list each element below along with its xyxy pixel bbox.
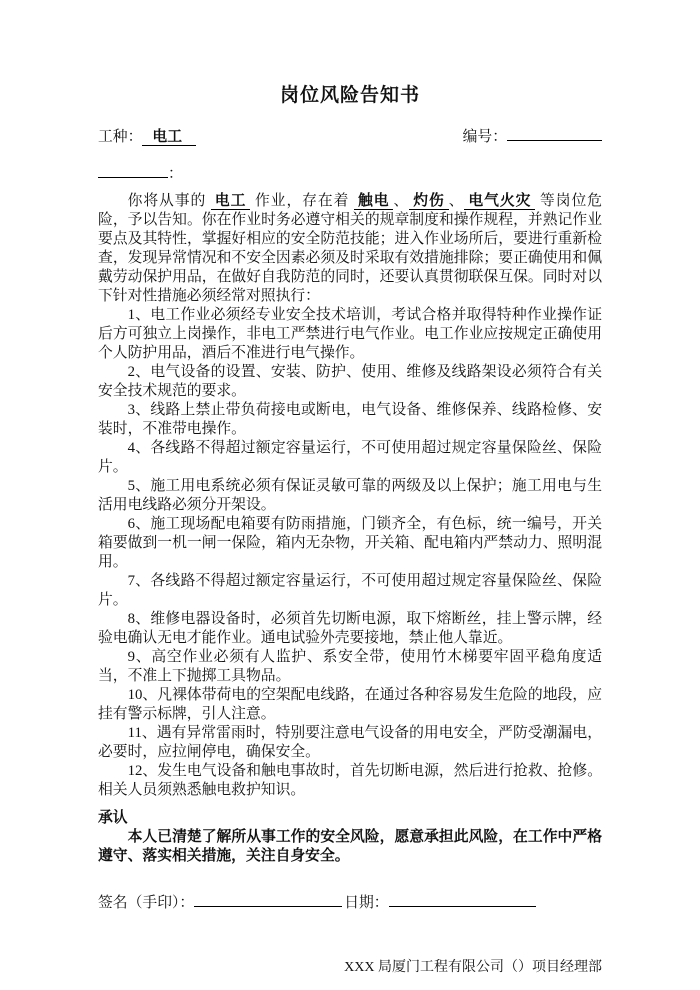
intro-paragraph: 你将从事的 电工 作业，存在着 触电、灼伤、电气火灾 等岗位危险，予以告知。你在… xyxy=(98,192,602,306)
doc-number-field: 编号： xyxy=(463,126,602,147)
salutation-row: ： xyxy=(98,163,602,184)
job-type-value: 电工 xyxy=(142,129,196,146)
document-page: 岗位风险告知书 工种：电工 编号： ： 你将从事的 电工 作业，存在着 触电、灼… xyxy=(0,0,700,990)
hazard-separator: 、 xyxy=(393,193,409,209)
hazard-electric-shock: 触电 xyxy=(354,193,393,210)
acknowledgement-body: 本人已清楚了解所从事工作的安全风险，愿意承担此风险，在工作中严格遵守、落实相关措… xyxy=(98,828,602,866)
risk-item-10: 10、凡裸体带荷电的空架配电线路，在通过各种容易发生危险的地段，应挂有警示标牌，… xyxy=(98,686,602,724)
document-body: 你将从事的 电工 作业，存在着 触电、灼伤、电气火灾 等岗位危险，予以告知。你在… xyxy=(98,192,602,800)
hazard-electric-fire: 电气火灾 xyxy=(464,193,535,210)
risk-item-2: 2、电气设备的设置、安装、防护、使用、维修及线路架设必须符合有关安全技术规范的要… xyxy=(98,363,602,401)
intro-text: 作业，存在着 xyxy=(255,193,349,209)
risk-item-1: 1、电工作业必须经专业安全技术培训，考试合格并取得特种作业操作证后方可独立上岗操… xyxy=(98,306,602,363)
salutation-name-blank xyxy=(98,163,168,178)
page-title: 岗位风险告知书 xyxy=(98,84,602,108)
risk-item-8: 8、维修电器设备时，必须首先切断电源，取下熔断丝，挂上警示牌，经验电确认无电才能… xyxy=(98,610,602,648)
job-type-field: 工种：电工 xyxy=(98,127,196,147)
doc-number-label: 编号： xyxy=(463,129,507,145)
footer-company: XXX 局厦门工程有限公司（）项目经理部 xyxy=(98,959,602,977)
signature-blank xyxy=(194,892,342,907)
risk-item-11: 11、遇有异常雷雨时，特别要注意电气设备的用电安全，严防受潮漏电，必要时，应拉闸… xyxy=(98,724,602,762)
doc-number-blank xyxy=(507,126,602,141)
risk-item-5: 5、施工用电系统必须有保证灵敏可靠的两级及以上保护；施工用电与生活用电线路必须分… xyxy=(98,477,602,515)
risk-item-6: 6、施工现场配电箱要有防雨措施，门锁齐全，有色标，统一编号，开关箱要做到一机一闸… xyxy=(98,515,602,572)
signature-label: 签名（手印）： xyxy=(98,893,194,913)
job-type-inline: 电工 xyxy=(211,193,250,210)
job-type-label: 工种： xyxy=(98,129,142,145)
hazard-burn: 灼伤 xyxy=(409,193,448,210)
risk-item-4: 4、各线路不得超过额定容量运行，不可使用超过规定容量保险丝、保险片。 xyxy=(98,439,602,477)
acknowledgement-heading: 承认 xyxy=(98,809,602,828)
hazard-separator: 、 xyxy=(449,193,465,209)
salutation-colon: ： xyxy=(168,166,183,182)
risk-item-3: 3、线路上禁止带负荷接电或断电，电气设备、维修保养、线路检修、安装时，不准带电操… xyxy=(98,401,602,439)
intro-text: 你将从事的 xyxy=(128,193,207,209)
date-label: 日期： xyxy=(344,893,388,913)
date-blank xyxy=(389,892,536,907)
risk-item-7: 7、各线路不得超过额定容量运行，不可使用超过规定容量保险丝、保险片。 xyxy=(98,572,602,610)
risk-item-9: 9、高空作业必须有人监护、系安全带，使用竹木梯要牢固平稳角度适当，不准上下抛掷工… xyxy=(98,648,602,686)
header-row: 工种：电工 编号： xyxy=(98,126,602,147)
signature-row: 签名（手印）：日期： xyxy=(98,892,602,913)
risk-item-12: 12、发生电气设备和触电事故时，首先切断电源，然后进行抢救、抢修。相关人员须熟悉… xyxy=(98,762,602,800)
